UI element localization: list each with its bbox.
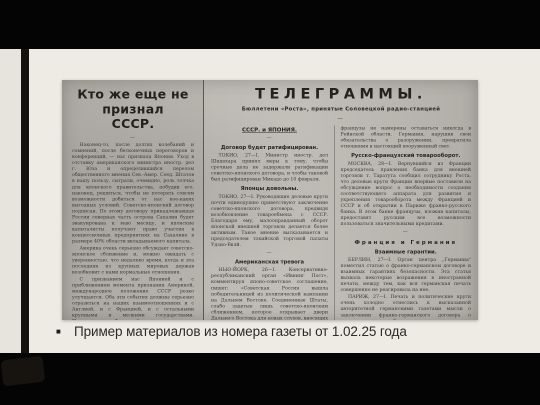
bottom-left-artifact [1,356,46,387]
newspaper-left-column: Кто же еще не признал СССР. —Наконец-то,… [62,80,204,320]
article-block-pc: французы не намерены оставаться никогда … [341,126,472,150]
article-block-p: БЕРЛИН, 27—I. Орган центра „Германиа" по… [341,257,472,293]
newspaper-scan-image: Кто же еще не признал СССР. —Наконец-то,… [62,80,478,320]
article-block-d: — [72,134,194,140]
article-block-p: МОСКВА, 28—I. Вернувшийся из Франции пре… [341,161,472,227]
article-block-h: Японцы довольны. [211,186,328,193]
letterbox-top [0,0,540,49]
telegrams-divider: — [204,115,478,122]
article-body: —Наконец-то, после долгих колебаний и со… [72,134,194,320]
video-frame: Кто же еще не признал СССР. —Наконец-то,… [0,0,540,405]
left-black-stripe [21,49,29,353]
telegrams-subtitle: Бюллетени «Роста», принятые Соловецкой р… [204,106,478,112]
article-block-d: — [341,228,472,234]
article-block-p: Америка очень серьезно обсуждает советск… [72,245,194,275]
slide-caption-row: ■ Пример материалов из номера газеты от … [0,321,520,343]
article-block-hu: СССР. и ЯПОНИЯ. [211,127,328,134]
letterbox-bottom [0,353,540,405]
article-block-p: ТОКИО, 27—I. Руководящие деловые круги п… [211,194,328,248]
article-block-p: С признанием нас Японией и с приближение… [72,276,194,320]
telegrams-column-right: французы не намерены оставаться никогда … [334,126,478,321]
article-block-p: ТОКИО, 27—I. Министр иностр. дел Шидехар… [211,153,328,183]
article-block-hs: Франция и Германия [341,239,472,246]
article-block-p: НЬЮ-ЙОРК, 26—I. Консервативно-республика… [211,267,328,320]
newspaper-telegrams-section: ТЕЛЕГРАММЫ. Бюллетени «Роста», принятые … [204,80,478,320]
slide-left-margin [0,49,21,353]
presentation-slide: Кто же еще не признал СССР. —Наконец-то,… [0,49,540,353]
caption-text: Пример материалов из номера газеты от 1.… [74,321,407,343]
article-block-h: Американская тревога [211,259,328,266]
telegrams-banner: ТЕЛЕГРАММЫ. [204,85,478,102]
telegrams-column-middle: СССР. и ЯПОНИЯ.—Договор будет ратифициро… [204,126,334,321]
article-block-p: Наконец-то, после долгих колебаний и сом… [72,142,194,244]
article-block-p: ПАРИЖ, 27—I. Печать и политические круги… [341,294,472,320]
article-block-d: — [211,250,328,256]
article-headline: Кто же еще не признал СССР. [72,87,194,131]
article-block-h: Договор будет ратифицирован. [211,144,328,151]
article-block-d: — [211,135,328,141]
caption-bullet: ■ [56,328,61,336]
article-block-h: Взаимные гарантии. [341,249,472,256]
article-block-h: Русско-французский товарооборот. [341,153,472,160]
